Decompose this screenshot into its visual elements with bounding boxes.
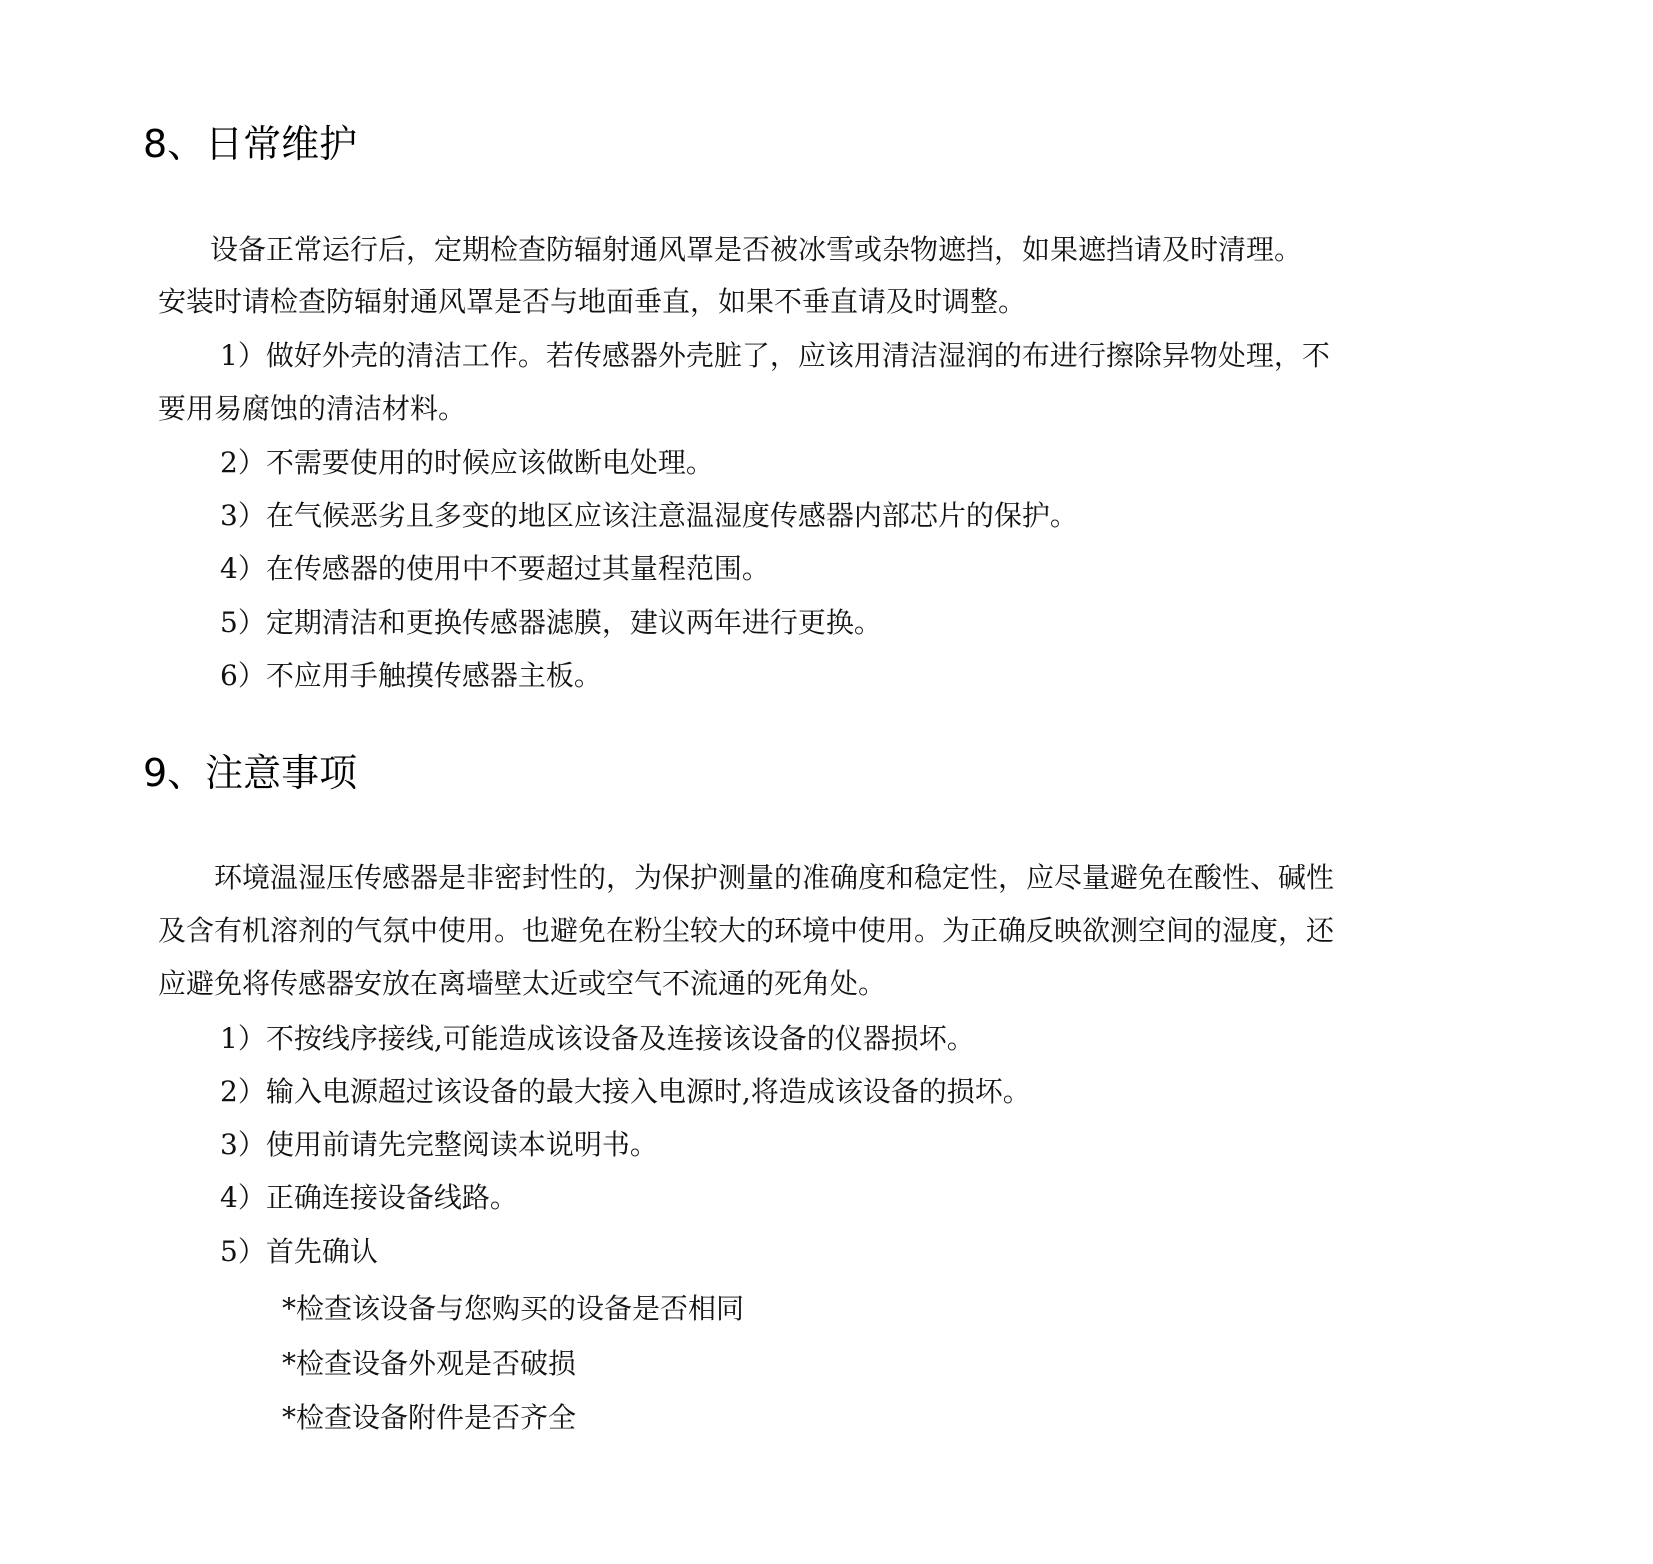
section-8-item-1: 1）做好外壳的清洁工作。若传感器外壳脏了，应该用清洁湿润的布进行擦除异物处理，不 <box>220 339 1330 373</box>
check-item-3: *检查设备附件是否齐全 <box>282 1401 576 1435</box>
section-9-item-1: 1）不按线序接线,可能造成该设备及连接该设备的仪器损坏。 <box>220 1022 975 1056</box>
section-8-item-5: 5）定期清洁和更换传感器滤膜，建议两年进行更换。 <box>220 606 882 640</box>
section-9-item-3: 3）使用前请先完整阅读本说明书。 <box>220 1128 658 1162</box>
section-9-item-4: 4）正确连接设备线路。 <box>220 1181 518 1215</box>
section-8-item-6: 6）不应用手触摸传感器主板。 <box>220 659 602 693</box>
section-8-item-4: 4）在传感器的使用中不要超过其量程范围。 <box>220 552 770 586</box>
section-8-heading: 8、日常维护 <box>143 121 357 167</box>
section-9-intro-line-3: 应避免将传感器安放在离墙壁太近或空气不流通的死角处。 <box>158 967 886 1001</box>
section-9-heading: 9、注意事项 <box>143 750 357 796</box>
section-8-item-1-cont: 要用易腐蚀的清洁材料。 <box>158 392 466 426</box>
check-item-1: *检查该设备与您购买的设备是否相同 <box>282 1292 744 1326</box>
section-9-item-2: 2）输入电源超过该设备的最大接入电源时,将造成该设备的损坏。 <box>220 1075 1031 1109</box>
section-9-intro-line-1: 环境温湿压传感器是非密封性的，为保护测量的准确度和稳定性，应尽量避免在酸性、碱性 <box>214 861 1334 895</box>
section-8-intro-line-1: 设备正常运行后，定期检查防辐射通风罩是否被冰雪或杂物遮挡，如果遮挡请及时清理。 <box>210 233 1302 267</box>
section-8-item-3: 3）在气候恶劣且多变的地区应该注意温湿度传感器内部芯片的保护。 <box>220 499 1078 533</box>
section-9-item-5: 5）首先确认 <box>220 1235 378 1269</box>
check-item-2: *检查设备外观是否破损 <box>282 1347 576 1381</box>
section-8-intro-line-2: 安装时请检查防辐射通风罩是否与地面垂直，如果不垂直请及时调整。 <box>158 285 1026 319</box>
section-8-item-2: 2）不需要使用的时候应该做断电处理。 <box>220 446 714 480</box>
section-9-intro-line-2: 及含有机溶剂的气氛中使用。也避免在粉尘较大的环境中使用。为正确反映欲测空间的湿度… <box>158 914 1334 948</box>
